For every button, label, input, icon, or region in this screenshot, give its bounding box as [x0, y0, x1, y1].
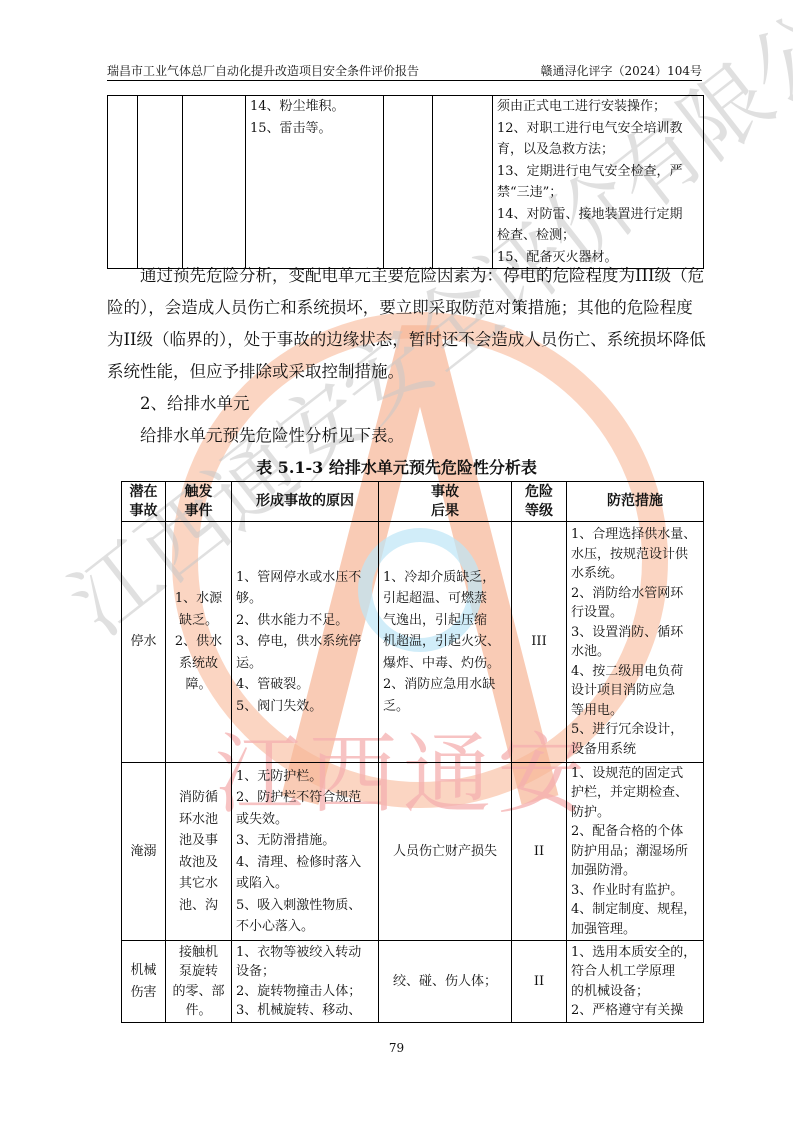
continued-hazard-table: 14、粉尘堆积。 15、雷击等。 须由正式电工进行安装操作； 12、对职工进行电… — [107, 95, 704, 269]
consequence-cell: 人员伤亡财产损失 — [379, 763, 512, 941]
cause-cell: 1、无防护栏。2、防护栏不符合规范或失效。3、无防滑措施。4、清理、检修时落入或… — [232, 763, 379, 941]
page-header: 瑞昌市工业气体总厂自动化提升改造项目安全条件评价报告 赣通浔化评字（2024）1… — [107, 64, 702, 81]
measures-cell: 1、选用本质安全的，符合人机工学原理的机械设备；2、严格遵守有关操 — [567, 941, 704, 1023]
header-trigger: 触发事件 — [166, 482, 232, 522]
measures-cell: 须由正式电工进行安装操作； 12、对职工进行电气安全培训教 育，以及急救方法； … — [493, 96, 704, 269]
summary-paragraph: 通过预先危险分析，变配电单元主要危险因素为：停电的危险程度为III级（危险的），… — [107, 260, 707, 388]
hazard-analysis-table: 潜在事故 触发事件 形成事故的原因 事故后果 危险等级 防范措施 停水 1、水源… — [121, 481, 704, 1023]
accident-cell: 淹溺 — [122, 763, 166, 941]
cell-empty — [384, 96, 433, 269]
header-measures: 防范措施 — [567, 482, 704, 522]
trigger-cell: 1、水源缺乏。2、供水系统故障。 — [166, 522, 232, 763]
cell-empty — [138, 96, 183, 269]
cause-cell: 14、粉尘堆积。 15、雷击等。 — [246, 96, 384, 269]
accident-cell: 机械伤害 — [122, 941, 166, 1023]
table-row: 机械伤害 接触机泵旋转的零、部件。 1、衣物等被绞入转动设备；2、旋转物撞击人体… — [122, 941, 704, 1023]
header-cause: 形成事故的原因 — [232, 482, 379, 522]
level-cell: III — [512, 522, 567, 763]
cell-empty — [108, 96, 138, 269]
level-cell: II — [512, 763, 567, 941]
table-row: 停水 1、水源缺乏。2、供水系统故障。 1、管网停水或水压不够。2、供水能力不足… — [122, 522, 704, 763]
measures-cell: 1、设规范的固定式护栏，并定期检查、防护。2、配备合格的个体防护用品；潮湿场所加… — [567, 763, 704, 941]
accident-cell: 停水 — [122, 522, 166, 763]
header-level: 危险等级 — [512, 482, 567, 522]
table-header-row: 潜在事故 触发事件 形成事故的原因 事故后果 危险等级 防范措施 — [122, 482, 704, 522]
intro-paragraph: 给排水单元预先危险性分析见下表。 — [140, 420, 740, 452]
consequence-cell: 1、冷却介质缺乏，引起超温、可燃蒸气逸出，引起压缩机超温，引起火灾、爆炸、中毒、… — [379, 522, 512, 763]
table-caption: 表 5.1-3 给排水单元预先危险性分析表 — [0, 455, 793, 478]
trigger-cell: 接触机泵旋转的零、部件。 — [166, 941, 232, 1023]
header-consequence: 事故后果 — [379, 482, 512, 522]
level-cell: II — [512, 941, 567, 1023]
consequence-cell: 绞、碰、伤人体； — [379, 941, 512, 1023]
table-row: 淹溺 消防循环水池池及事故池及其它水池、沟 1、无防护栏。2、防护栏不符合规范或… — [122, 763, 704, 941]
trigger-cell: 消防循环水池池及事故池及其它水池、沟 — [166, 763, 232, 941]
measures-cell: 1、合理选择供水量、水压，按规范设计供水系统。2、消防给水管网环行设置。3、设置… — [567, 522, 704, 763]
report-title: 瑞昌市工业气体总厂自动化提升改造项目安全条件评价报告 — [107, 64, 419, 78]
cell-empty — [183, 96, 246, 269]
page-number: 79 — [0, 1041, 793, 1055]
section-heading: 2、给排水单元 — [140, 388, 740, 420]
cause-cell: 1、管网停水或水压不够。2、供水能力不足。3、停电，供水系统停运。4、管破裂。5… — [232, 522, 379, 763]
cell-empty — [433, 96, 493, 269]
document-number: 赣通浔化评字（2024）104号 — [541, 64, 702, 78]
cause-cell: 1、衣物等被绞入转动设备；2、旋转物撞击人体；3、机械旋转、移动、 — [232, 941, 379, 1023]
header-accident: 潜在事故 — [122, 482, 166, 522]
